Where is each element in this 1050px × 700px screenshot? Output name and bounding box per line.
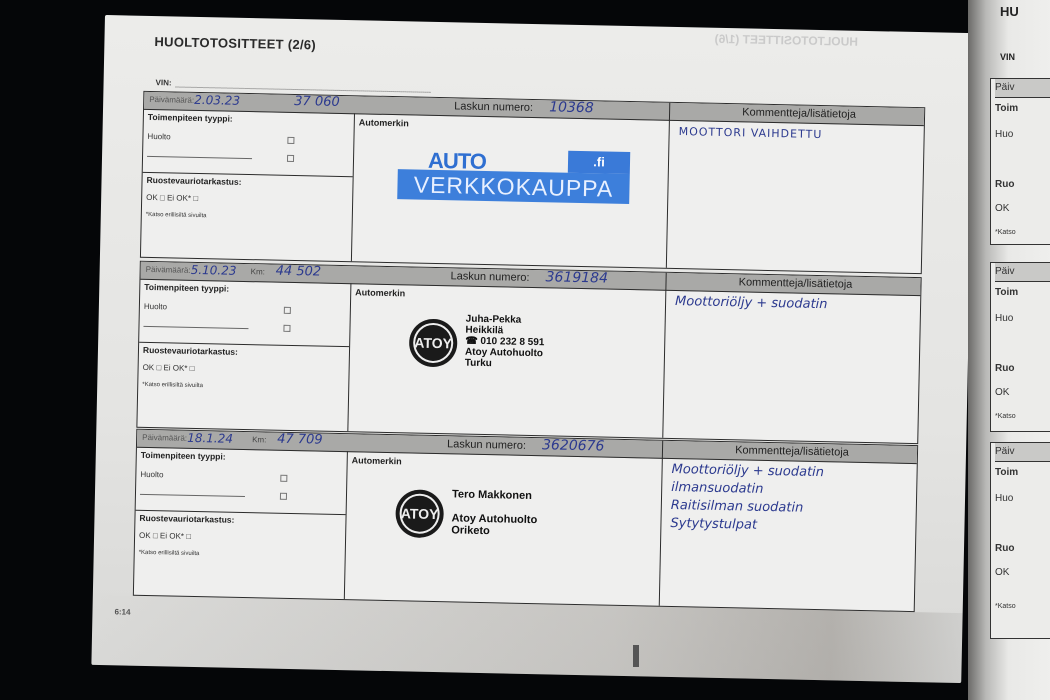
comment-text: Moottoriöljy + suodatin [675,293,915,316]
stamp-fi-text: .fi [568,151,630,174]
page-title: HUOLTOTOSITTEET (2/6) [154,34,316,52]
adjacent-operation-label: Toim [995,287,1018,298]
adjacent-note: *Katso [995,603,1016,610]
adjacent-service-label: Huo [995,129,1013,140]
date-value: 2.03.23 [194,93,240,108]
stamp-text: Tero Makkonen Atoy Autohuolto Oriketo [451,488,538,538]
see-separate-note: *Katso erillisiltä sivuilta [142,382,203,389]
date-label: Päivämäärä: [146,265,191,275]
adjacent-ok-label: OK [995,387,1009,398]
adjacent-date-label: Päiv [995,82,1014,93]
atoy-logo-icon: ATOY [395,489,444,538]
page-tab-marker [633,645,639,667]
adjacent-operation-label: Toim [995,103,1018,114]
adjacent-entry-2: Päiv Toim Huo Ruo OK *Katso [990,262,1050,432]
adjacent-note: *Katso [995,229,1016,236]
page-number: 6:14 [114,607,130,616]
invoice-label: Laskun numero: [450,270,529,284]
comment-text: MOOTTORI VAIHDETTU [678,123,918,146]
date-label: Päivämäärä: [149,95,194,105]
adjacent-entry-1: Päiv Toim Huo Ruo OK *Katso [990,78,1050,245]
operation-type-label: Toimenpiteen tyyppi: [148,112,233,124]
invoice-value: 3620676 [542,437,605,454]
entry-header: Päivämäärä: 2.03.23 37 060 Laskun numero… [144,92,924,126]
km-value: 47 709 [277,432,323,448]
invoice-value: 3619184 [545,269,608,286]
car-brand-label: Automerkin [355,287,405,298]
km-label: Km: [251,267,265,276]
date-value: 5.10.23 [191,263,237,278]
adjacent-page-title: HU [1000,4,1019,19]
invoice-value: 10368 [549,99,594,116]
autoverkkokauppa-stamp: AUTO .fi VERKKOKAUPPA [397,147,628,208]
adjacent-rust-label: Ruo [995,179,1014,190]
stamp-text: Juha-Pekka Heikkilä ☎ 010 232 8 591 Atoy… [465,314,545,371]
atoy-stamp: ATOY Juha-Pekka Heikkilä ☎ 010 232 8 591… [408,312,650,397]
operation-type-label: Toimenpiteen tyyppi: [144,282,229,294]
comments-label: Kommentteja/lisätietoja [670,275,920,292]
service-entry-2: Päivämäärä: 5.10.23 Km: 44 502 Laskun nu… [136,261,921,444]
date-value: 18.1.24 [187,431,233,446]
rust-ok-options: OK □ Ei OK* □ [139,531,191,541]
service-entry-1: Päivämäärä: 2.03.23 37 060 Laskun numero… [140,91,925,274]
rust-ok-options: OK □ Ei OK* □ [146,193,198,203]
rust-check-label: Ruostevauriotarkastus: [146,175,241,187]
comment-text: Moottoriöljy + suodatin ilmansuodatin Ra… [670,461,911,538]
rust-ok-options: OK □ Ei OK* □ [143,363,195,373]
service-entry-3: Päivämäärä: 18.1.24 Km: 47 709 Laskun nu… [133,429,918,612]
service-label: Huolto [140,470,163,479]
atoy-stamp: ATOY Tero Makkonen Atoy Autohuolto Orike… [395,483,637,568]
date-label: Päivämäärä: [142,433,187,443]
km-value: 44 502 [276,264,322,280]
invoice-label: Laskun numero: [454,100,533,114]
adjacent-rust-label: Ruo [995,543,1014,554]
adjacent-date-label: Päiv [995,446,1014,457]
see-separate-note: *Katso erillisiltä sivuilta [139,550,200,557]
service-label: Huolto [147,132,170,141]
invoice-label: Laskun numero: [447,438,526,452]
km-label: Km: [252,435,266,444]
comments-label: Kommentteja/lisätietoja [667,443,917,460]
service-checkbox[interactable] [284,307,291,314]
adjacent-operation-label: Toim [995,467,1018,478]
adjacent-vin-label: VIN [1000,52,1015,62]
service-record-page: HUOLTOTOSITTEET (1/6) HUOLTOTOSITTEET (2… [91,15,974,683]
stamp-verkkokauppa-text: VERKKOKAUPPA [397,169,630,204]
car-brand-label: Automerkin [359,117,409,128]
km-value: 37 060 [294,94,340,110]
other-checkbox[interactable] [283,325,290,332]
adjacent-service-label: Huo [995,493,1013,504]
service-checkbox[interactable] [287,137,294,144]
rust-check-label: Ruostevauriotarkastus: [143,345,238,357]
comments-label: Kommentteja/lisätietoja [674,105,924,122]
service-checkbox[interactable] [280,475,287,482]
adjacent-date-label: Päiv [995,266,1014,277]
other-checkbox[interactable] [287,155,294,162]
adjacent-page: HU VIN Päiv Toim Huo Ruo OK *Katso Päiv … [968,0,1050,700]
adjacent-entry-3: Päiv Toim Huo Ruo OK *Katso [990,442,1050,639]
operation-type-label: Toimenpiteen tyyppi: [141,450,226,462]
other-checkbox[interactable] [280,493,287,500]
adjacent-ok-label: OK [995,203,1009,214]
service-label: Huolto [144,302,167,311]
car-brand-label: Automerkin [352,455,402,466]
see-separate-note: *Katso erillisiltä sivuilta [146,212,207,219]
adjacent-rust-label: Ruo [995,363,1014,374]
bleed-through-title: HUOLTOTOSITTEET (1/6) [714,32,858,49]
adjacent-ok-label: OK [995,567,1009,578]
adjacent-service-label: Huo [995,313,1013,324]
vin-label: VIN: [156,78,172,87]
rust-check-label: Ruostevauriotarkastus: [139,513,234,525]
adjacent-note: *Katso [995,413,1016,420]
atoy-logo-icon: ATOY [409,318,458,367]
